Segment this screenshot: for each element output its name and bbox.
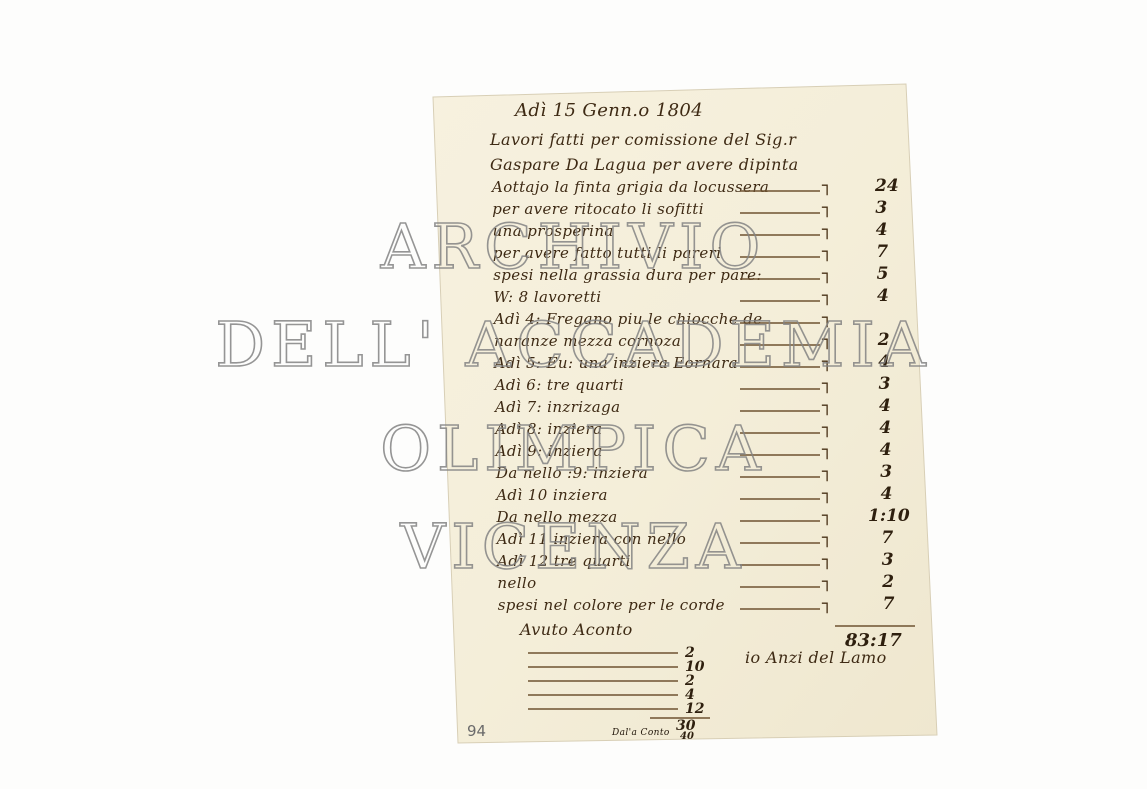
item-description: naranze mezza cornoza — [494, 332, 681, 350]
item-value: 3 — [880, 462, 892, 482]
item-value: 4 — [879, 418, 891, 438]
item-description: Da nello mezza — [497, 508, 618, 526]
fill-line — [740, 586, 820, 588]
bracket-mark: ┐ — [822, 440, 832, 460]
item-value: 2 — [882, 572, 894, 592]
bracket-mark: ┐ — [822, 528, 832, 548]
item-value: 4 — [881, 484, 893, 504]
item-description: Aottajo la finta grigia da locussera — [492, 178, 769, 196]
item-description: Adì 6: tre quarti — [495, 376, 624, 394]
item-description: una prosperina — [493, 222, 614, 240]
fill-line — [740, 432, 820, 434]
item-description: spesi nella grassia dura per pare: — [493, 266, 762, 284]
item-value: 7 — [876, 242, 888, 262]
intro-line: Lavori fatti per comissione del Sig.r — [490, 130, 796, 149]
item-value: 2 — [878, 330, 890, 350]
item-value: 3 — [875, 198, 887, 218]
payment-line — [528, 694, 678, 696]
bracket-mark: ┐ — [822, 176, 832, 196]
fill-line — [740, 476, 820, 478]
bracket-mark: ┐ — [822, 374, 832, 394]
fill-line — [740, 322, 820, 324]
bottom-note: Dal'a Conto — [612, 728, 670, 738]
item-description: Adì 9: inziera — [496, 442, 603, 460]
bracket-mark: ┐ — [822, 330, 832, 350]
payment-line — [528, 666, 678, 668]
bracket-mark: ┐ — [822, 352, 832, 372]
bottom-note-value: 40 — [680, 731, 694, 742]
bracket-mark: ┐ — [822, 220, 832, 240]
item-value: 24 — [875, 176, 899, 196]
item-description: nello — [497, 574, 536, 592]
fill-line — [740, 278, 820, 280]
fill-line — [740, 454, 820, 456]
fill-line — [740, 366, 820, 368]
fill-line — [740, 300, 820, 302]
bracket-mark: ┐ — [822, 418, 832, 438]
closing-label: Avuto Aconto — [520, 620, 633, 639]
bracket-mark: ┐ — [822, 286, 832, 306]
item-value: 5 — [877, 264, 889, 284]
item-description: Adì 11 inziera con nello — [497, 530, 686, 548]
item-value: 3 — [882, 550, 894, 570]
item-value: 4 — [877, 286, 889, 306]
fill-line — [740, 212, 820, 214]
bracket-mark: ┐ — [822, 594, 832, 614]
payment-line — [528, 708, 678, 710]
item-value: 3 — [879, 374, 891, 394]
intro-line: Gaspare Da Lagua per avere dipinta — [490, 155, 799, 174]
fill-line — [740, 256, 820, 258]
item-description: per avere fatto tutti li pareri — [493, 244, 722, 262]
item-description: Adì 8: inziera — [495, 420, 602, 438]
fill-line — [740, 388, 820, 390]
bracket-mark: ┐ — [822, 242, 832, 262]
bracket-mark: ┐ — [822, 462, 832, 482]
fill-line — [740, 190, 820, 192]
bracket-mark: ┐ — [822, 396, 832, 416]
fill-line — [740, 564, 820, 566]
item-description: Adì 10 inziera — [496, 486, 608, 504]
item-description: Da nello :9: inziera — [496, 464, 648, 482]
fill-line — [740, 608, 820, 610]
bracket-mark: ┐ — [822, 572, 832, 592]
bracket-mark: ┐ — [822, 506, 832, 526]
fill-line — [740, 498, 820, 500]
payment-value: 12 — [685, 701, 704, 717]
fill-line — [740, 410, 820, 412]
fill-line — [740, 542, 820, 544]
item-value: 7 — [883, 594, 895, 614]
fill-line — [740, 234, 820, 236]
item-description: spesi nel colore per le corde — [498, 596, 725, 614]
bracket-mark: ┐ — [822, 198, 832, 218]
payment-line — [528, 652, 678, 654]
bracket-mark: ┐ — [822, 550, 832, 570]
bracket-mark: ┐ — [822, 308, 832, 328]
item-description: Adì 12 tre quarti — [497, 552, 631, 570]
item-description: W: 8 lavoretti — [494, 288, 602, 306]
bracket-mark: ┐ — [822, 484, 832, 504]
payment-line — [528, 680, 678, 682]
item-description: Adì 4: Fregano piu le chiocche de — [494, 310, 763, 328]
item-description: per avere ritocato li sofitti — [492, 200, 704, 218]
item-value: 4 — [879, 396, 891, 416]
fill-line — [740, 520, 820, 522]
item-value: 4 — [878, 352, 890, 372]
header-date: Adì 15 Genn.o 1804 — [515, 100, 703, 121]
item-value: 4 — [880, 440, 892, 460]
total-rule — [835, 625, 915, 627]
fill-line — [740, 344, 820, 346]
item-value: 1:10 — [868, 506, 910, 526]
document-scan: Adì 15 Genn.o 1804 Lavori fatti per comi… — [0, 0, 1147, 789]
item-value: 7 — [881, 528, 893, 548]
item-description: Adì 5: Eu: una inziera Eornara — [494, 354, 738, 372]
signature: io Anzi del Lamo — [745, 648, 887, 667]
page-number: 94 — [467, 722, 486, 740]
item-value: 4 — [876, 220, 888, 240]
item-description: Adì 7: inzrizaga — [495, 398, 620, 416]
bracket-mark: ┐ — [822, 264, 832, 284]
